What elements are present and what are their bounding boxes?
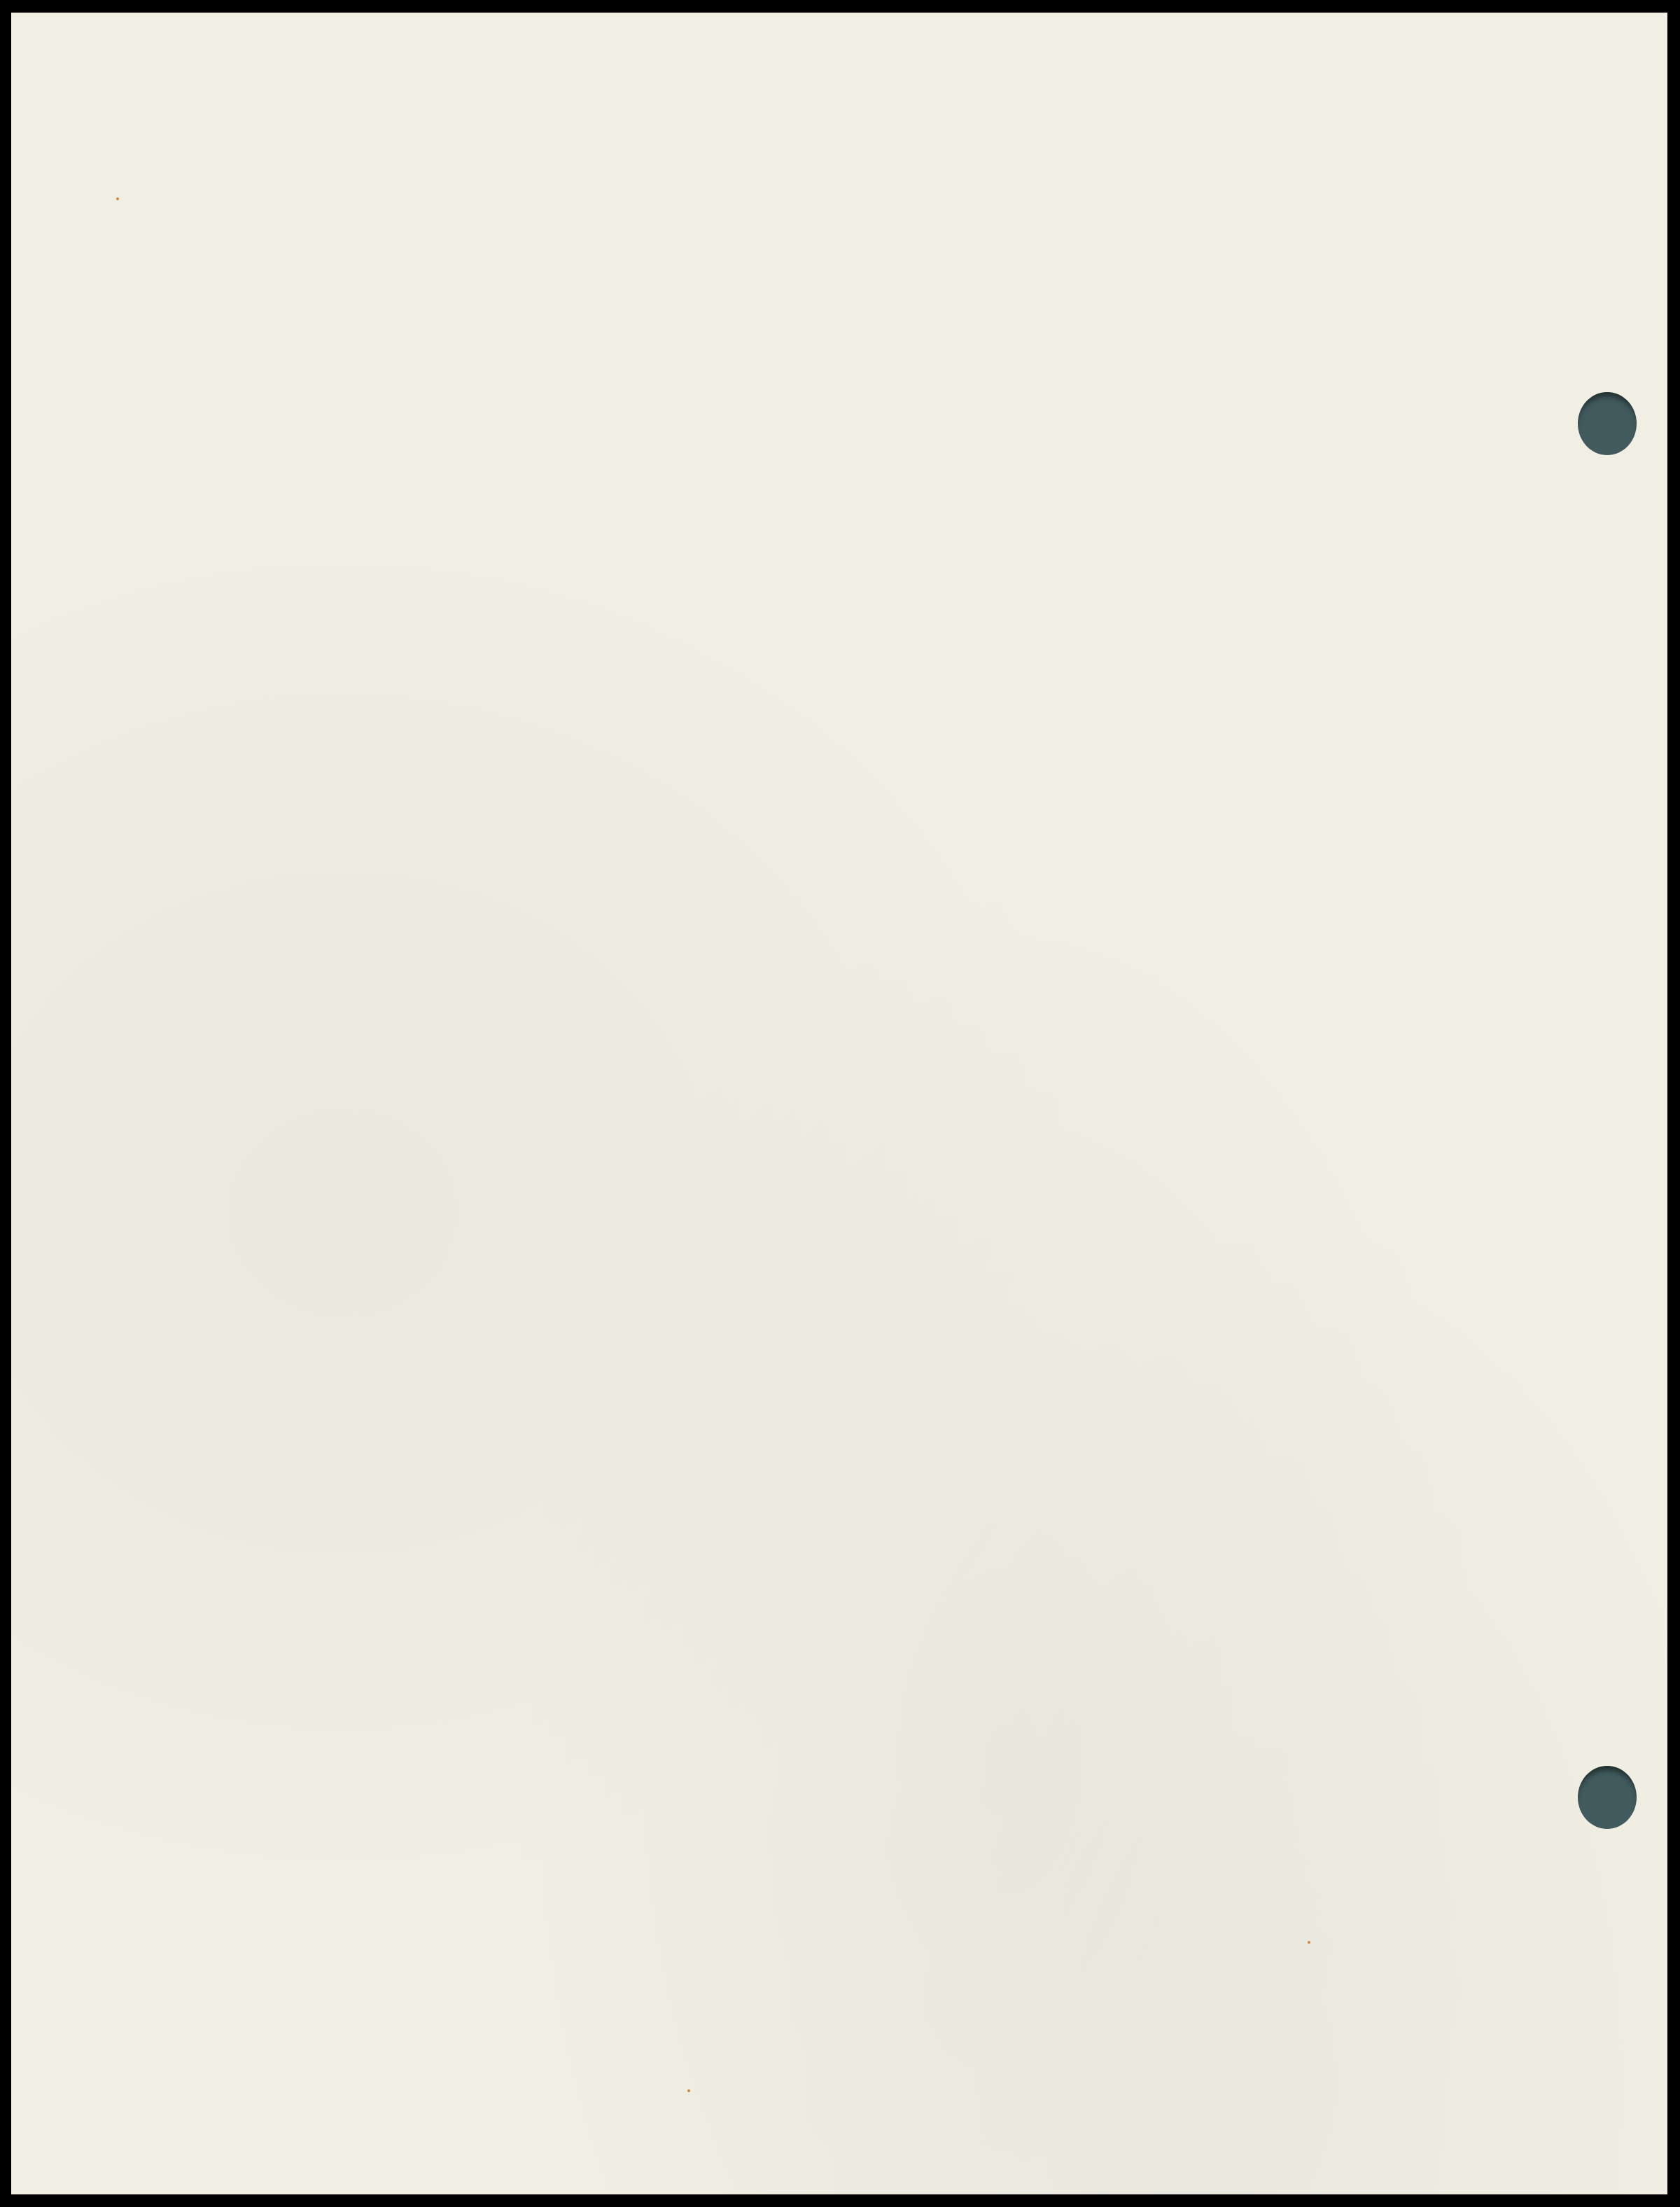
blank-paper-page (11, 13, 1667, 2194)
paper-speck (1308, 1941, 1310, 1944)
paper-speck (687, 2089, 690, 2092)
punch-hole-top (1578, 392, 1637, 455)
paper-speck (116, 197, 119, 200)
punch-hole-bottom (1578, 1766, 1637, 1829)
